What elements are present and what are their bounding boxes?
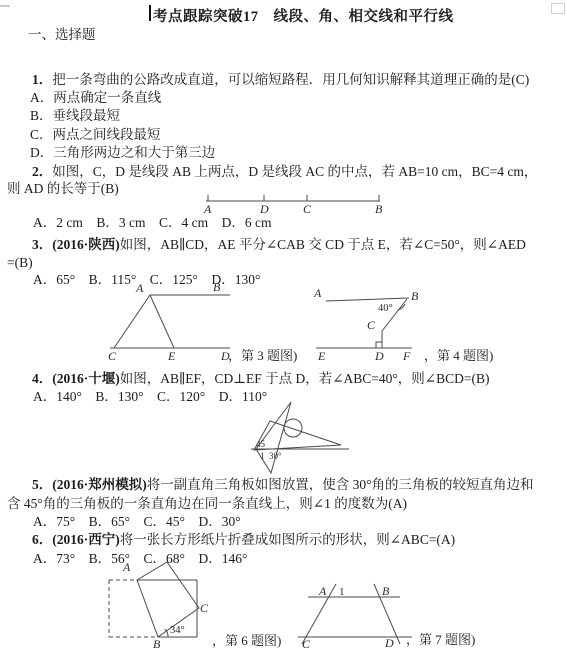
- point-label-b: B: [411, 289, 419, 303]
- question-5-choices: A．75° B．65° C．45° D．30°: [33, 514, 241, 530]
- worksheet-page: 考点跟踪突破17 线段、角、相交线和平行线 一、选择题1．把一条弯曲的公路改成直…: [0, 0, 567, 649]
- question-2-stem-line1: 2．如图，C，D 是线段 AB 上两点，D 是线段 AC 的中点，若 AB=10…: [32, 164, 537, 180]
- line-text: A．75° B．65° C．45° D．30°: [33, 514, 241, 529]
- question-1-choice-c: C．两点之间线段最短: [30, 127, 161, 143]
- figure-q2-segment: A D C B: [198, 193, 388, 217]
- scan-artifact-top-left: [0, 5, 10, 7]
- point-label-a: A: [135, 281, 144, 295]
- point-label-d: D: [384, 636, 394, 649]
- point-label-a: A: [203, 202, 212, 216]
- question-1-choice-d: D．三角形两边之和大于第三边: [30, 145, 215, 161]
- question-2-choices: A．2 cm B．3 cm C．4 cm D．6 cm: [33, 215, 271, 231]
- angle-34-label: 34°: [170, 625, 185, 636]
- question-1-stem: 1．把一条弯曲的公路改成直道，可以缩短路程．用几何知识解释其道理正确的是(C): [32, 72, 529, 88]
- line-text: B．垂线段最短: [30, 108, 120, 123]
- scan-artifact-top-right: [551, 3, 565, 14]
- point-label-a: A: [122, 560, 131, 574]
- line-text: =(B): [7, 255, 33, 270]
- question-number: 2．: [32, 164, 52, 179]
- line-text: 一、选择题: [28, 27, 96, 42]
- point-label-c: C: [303, 202, 312, 216]
- question-5-stem-line2: 含 45°角的三角板的一条直角边在同一条直线上，则∠1 的度数为(A): [7, 496, 407, 512]
- angle-1-label: 1: [260, 451, 265, 461]
- line-text: 则 AD 的长等于(B): [7, 181, 119, 196]
- line-text: 如图，AB∥EF，CD⊥EF 于点 D，若∠ABC=40°，则∠BCD=(B): [120, 371, 490, 386]
- question-number: 4．(2016·十堰): [32, 371, 120, 386]
- line-text: 如图，C，D 是线段 AB 上两点，D 是线段 AC 的中点，若 AB=10 c…: [52, 164, 537, 179]
- question-3-stem-line2: =(B): [7, 255, 33, 271]
- question-2-stem-line2: 则 AD 的长等于(B): [7, 181, 119, 197]
- page-title: 考点跟踪突破17 线段、角、相交线和平行线: [153, 5, 454, 26]
- figure-q7-caption: ，第 7 题图): [406, 629, 475, 648]
- question-4-choices: A．140° B．130° C．120° D．110°: [33, 389, 267, 405]
- angle-1-label: 1: [339, 586, 345, 598]
- text-cursor: [149, 5, 151, 21]
- point-label-d: D: [259, 202, 269, 216]
- point-label-d: D: [374, 349, 384, 363]
- point-label-a: A: [313, 286, 322, 300]
- question-number: 3．(2016·陕西): [32, 237, 120, 252]
- line-text: 将一张长方形纸片折叠成如图所示的形状，则∠ABC=(A): [120, 532, 455, 547]
- angle-30-label: 30°: [269, 451, 282, 461]
- point-label-b: B: [153, 637, 161, 649]
- line-text: D．三角形两边之和大于第三边: [30, 145, 215, 160]
- line-text: A．140° B．130° C．120° D．110°: [33, 389, 267, 404]
- figure-q6-folded-rect: A B C 34°: [92, 558, 232, 649]
- question-number: 5．(2016·郑州模拟): [32, 477, 147, 492]
- line-text: 如图，AB∥CD，AE 平分∠CAB 交 CD 于点 E，若∠C=50°，则∠A…: [120, 237, 526, 252]
- line-text: 把一条弯曲的公路改成直道，可以缩短路程．用几何知识解释其道理正确的是(C): [52, 72, 529, 87]
- angle-45-label: 45: [256, 439, 266, 449]
- line-text: A．两点确定一条直线: [30, 90, 161, 105]
- figure-q3-caption: ，第 3 题图): [228, 345, 297, 364]
- question-number: 1．: [32, 72, 52, 87]
- line-text: C．两点之间线段最短: [30, 127, 161, 142]
- point-label-e: E: [317, 349, 326, 363]
- question-4-stem: 4．(2016·十堰)如图，AB∥EF，CD⊥EF 于点 D，若∠ABC=40°…: [32, 371, 489, 387]
- point-label-a: A: [318, 584, 327, 598]
- point-label-c: C: [367, 318, 376, 332]
- question-3-stem-line1: 3．(2016·陕西)如图，AB∥CD，AE 平分∠CAB 交 CD 于点 E，…: [32, 237, 526, 253]
- figure-q4-caption: ，第 4 题图): [424, 345, 493, 364]
- section-heading: 一、选择题: [28, 27, 96, 43]
- figure-q7-parallel-lines: A 1 B C D: [295, 578, 417, 649]
- question-1-choice-b: B．垂线段最短: [30, 108, 120, 124]
- angle-40-label: 40°: [378, 303, 393, 314]
- question-number: 6．(2016·西宁): [32, 532, 120, 547]
- point-label-c: C: [302, 637, 311, 649]
- question-1-choice-a: A．两点确定一条直线: [30, 90, 161, 106]
- figure-q6-caption: ，第 6 题图): [212, 630, 281, 649]
- point-label-b: B: [375, 202, 383, 216]
- point-label-b: B: [382, 584, 390, 598]
- question-6-stem: 6．(2016·西宁)将一张长方形纸片折叠成如图所示的形状，则∠ABC=(A): [32, 532, 455, 548]
- point-label-e: E: [167, 349, 176, 363]
- point-label-c: C: [108, 349, 117, 363]
- line-text: 含 45°角的三角板的一条直角边在同一条直线上，则∠1 的度数为(A): [7, 496, 407, 511]
- figure-q5-setsquares: 45 1 30°: [243, 396, 358, 480]
- line-text: A．2 cm B．3 cm C．4 cm D．6 cm: [33, 215, 271, 230]
- point-label-b: B: [213, 280, 221, 294]
- point-label-c: C: [200, 601, 209, 615]
- point-label-f: F: [402, 349, 411, 363]
